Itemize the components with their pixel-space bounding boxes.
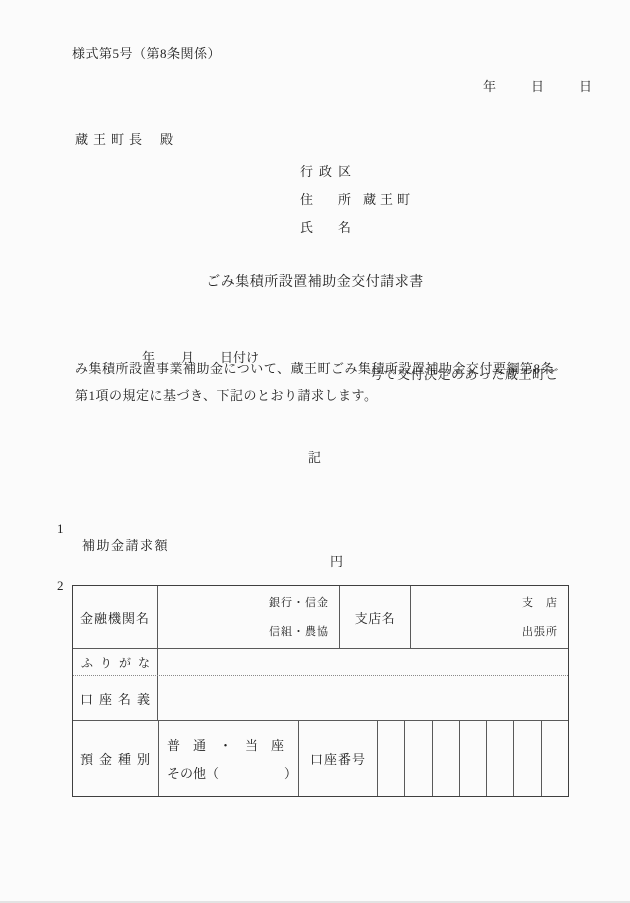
district-label: 行政区 — [300, 164, 357, 180]
financial-institution-label: 金融機関名 — [73, 586, 158, 648]
account-digit-cell — [378, 721, 405, 796]
page-title: ごみ集積所設置補助金交付請求書 — [0, 274, 630, 292]
account-digit-cell — [514, 721, 541, 796]
name-label: 氏 名 — [300, 220, 357, 236]
deposit-type-label: 預金種別 — [73, 721, 159, 796]
address-line: 住 所蔵王町 — [300, 192, 414, 208]
account-digit-cell — [405, 721, 432, 796]
item1-number: 1 — [57, 521, 64, 537]
table-row-deposit-type: 預金種別 普通・当座 その他（ ） 口座番号 — [73, 721, 568, 796]
date-line: 年 日 日 — [483, 79, 595, 95]
recipient-line: 蔵王町長 殿 — [75, 132, 173, 148]
bank-type-line1: 銀行・信金 — [269, 594, 329, 610]
deposit-option-ordinary-current: 普通・当座 — [167, 735, 298, 754]
record-marker: 記 — [0, 450, 630, 466]
account-number-digit-cells — [378, 721, 568, 796]
furigana-label: ふりがな — [73, 649, 158, 675]
address-label: 住 所 — [300, 192, 357, 207]
account-holder-field — [158, 676, 568, 720]
bank-type-line2: 信組・農協 — [269, 623, 329, 639]
table-row-financial-institution: 金融機関名 銀行・信金 信組・農協 支店名 支 店 出張所 — [73, 586, 568, 649]
branch-label: 支店名 — [340, 586, 411, 648]
form-number: 様式第5号（第8条関係） — [72, 46, 221, 62]
account-number-label: 口座番号 — [299, 721, 378, 796]
transfer-destination-table: 金融機関名 銀行・信金 信組・農協 支店名 支 店 出張所 ふりがな 口座名義 … — [72, 585, 569, 797]
item2-number: 2 — [57, 578, 64, 594]
deposit-type-options: 普通・当座 その他（ ） — [159, 721, 299, 796]
account-digit-cell — [460, 721, 487, 796]
deposit-option-other: その他（ ） — [167, 763, 298, 782]
branch-field: 支 店 出張所 — [411, 586, 568, 648]
financial-institution-field: 銀行・信金 信組・農協 — [158, 586, 340, 648]
furigana-field — [158, 649, 568, 675]
table-row-account-holder: 口座名義 — [73, 676, 568, 721]
address-value: 蔵王町 — [363, 192, 414, 207]
account-holder-label: 口座名義 — [73, 676, 158, 720]
body-paragraph-line2: み集積所設置事業補助金について、蔵王町ごみ集積所設置補助金交付要綱第8条 — [75, 361, 554, 377]
recipient-name: 蔵王町長 — [75, 132, 147, 147]
branch-type-line2: 出張所 — [522, 623, 558, 639]
branch-type-line1: 支 店 — [522, 594, 558, 610]
body-paragraph-line3: 第1項の規定に基づき、下記のとおり請求します。 — [75, 388, 377, 404]
recipient-honorific: 殿 — [160, 132, 173, 147]
table-row-furigana: ふりがな — [73, 649, 568, 676]
account-digit-cell — [487, 721, 514, 796]
item1-label: 補助金請求額 — [82, 538, 169, 554]
document-page: 様式第5号（第8条関係） 年 日 日 蔵王町長 殿 行政区 住 所蔵王町 氏 名… — [0, 0, 630, 903]
account-digit-cell — [433, 721, 460, 796]
account-digit-cell — [542, 721, 568, 796]
